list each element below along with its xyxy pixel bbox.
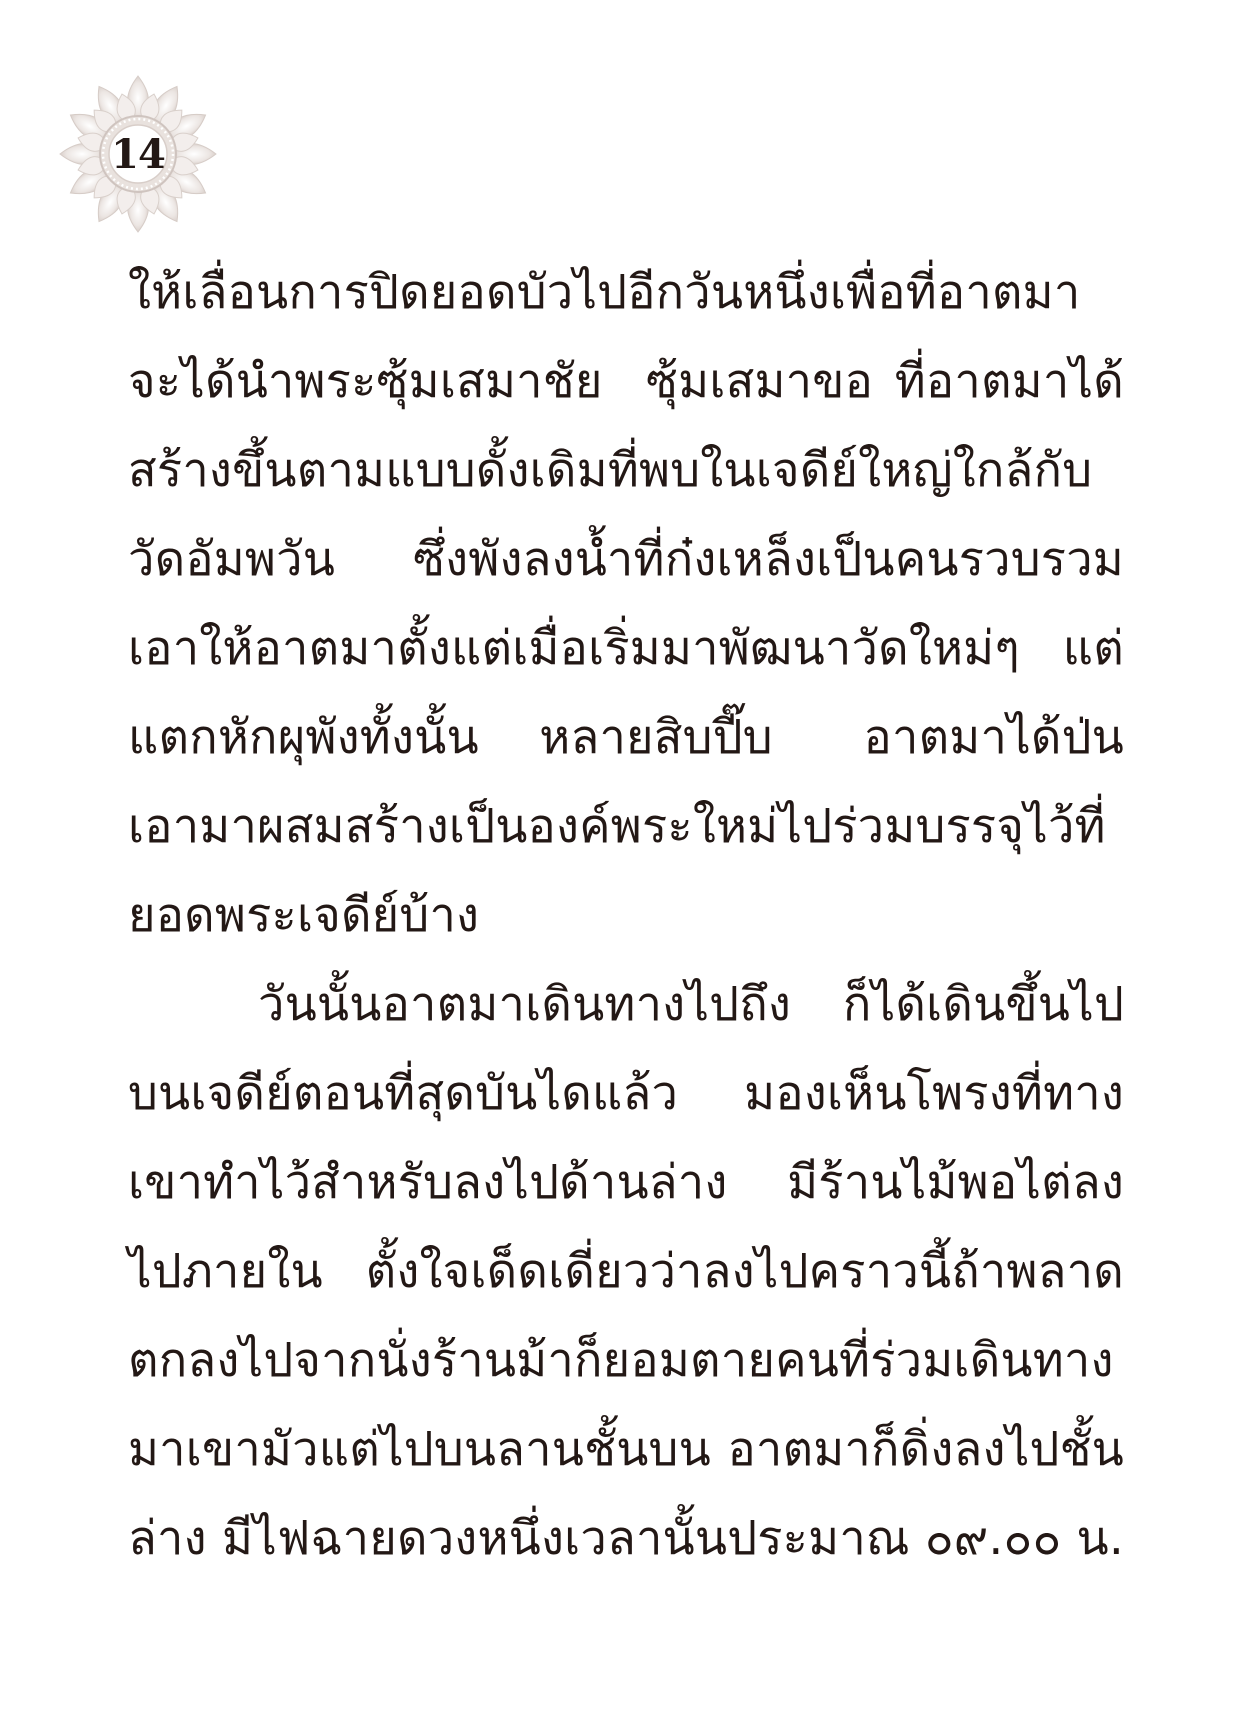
paragraph: วันนั้นอาตมาเดินทางไปถึง ก็ได้เดินขึ้นไป… [128,960,1124,1583]
text-line: เอามาผสมสร้างเป็นองค์พระใหม่ไปร่วมบรรจุไ… [128,782,1124,871]
page-number: 14 [58,74,218,234]
text-line: ล่าง มีไฟฉายดวงหนึ่งเวลานั้นประมาณ ๐๙.๐๐… [128,1494,1124,1583]
paragraph: ให้เลื่อนการปิดยอดบัวไปอีกวันหนึ่งเพื่อท… [128,248,1124,960]
page-number-badge: 14 [58,74,218,234]
text-line: ยอดพระเจดีย์บ้าง [128,871,1124,960]
body-text: ให้เลื่อนการปิดยอดบัวไปอีกวันหนึ่งเพื่อท… [128,248,1124,1583]
text-line: เขาทำไว้สำหรับลงไปด้านล่าง มีร้านไม้พอไต… [128,1138,1124,1227]
text-line: ให้เลื่อนการปิดยอดบัวไปอีกวันหนึ่งเพื่อท… [128,248,1124,337]
text-line: ไปภายใน ตั้งใจเด็ดเดี่ยวว่าลงไปคราวนี้ถ้… [128,1227,1124,1316]
text-line: มาเขามัวแต่ไปบนลานชั้นบน อาตมาก็ดิ่งลงไป… [128,1405,1124,1494]
text-line: วัดอัมพวัน ซึ่งพังลงน้ำที่ก๋งเหล็งเป็นคน… [128,515,1124,604]
text-line: ตกลงไปจากนั่งร้านม้าก็ยอมตายคนที่ร่วมเดิ… [128,1316,1124,1405]
text-line: แตกหักผุพังทั้งนั้น หลายสิบปี๊บ อาตมาได้… [128,693,1124,782]
text-line: เอาให้อาตมาตั้งแต่เมื่อเริ่มมาพัฒนาวัดให… [128,604,1124,693]
text-line: จะได้นำพระซุ้มเสมาชัย ซุ้มเสมาขอ ที่อาตม… [128,337,1124,426]
text-line: สร้างขึ้นตามแบบดั้งเดิมที่พบในเจดีย์ใหญ่… [128,426,1124,515]
text-line: วันนั้นอาตมาเดินทางไปถึง ก็ได้เดินขึ้นไป [128,960,1124,1049]
text-line: บนเจดีย์ตอนที่สุดบันไดแล้ว มองเห็นโพรงที… [128,1049,1124,1138]
